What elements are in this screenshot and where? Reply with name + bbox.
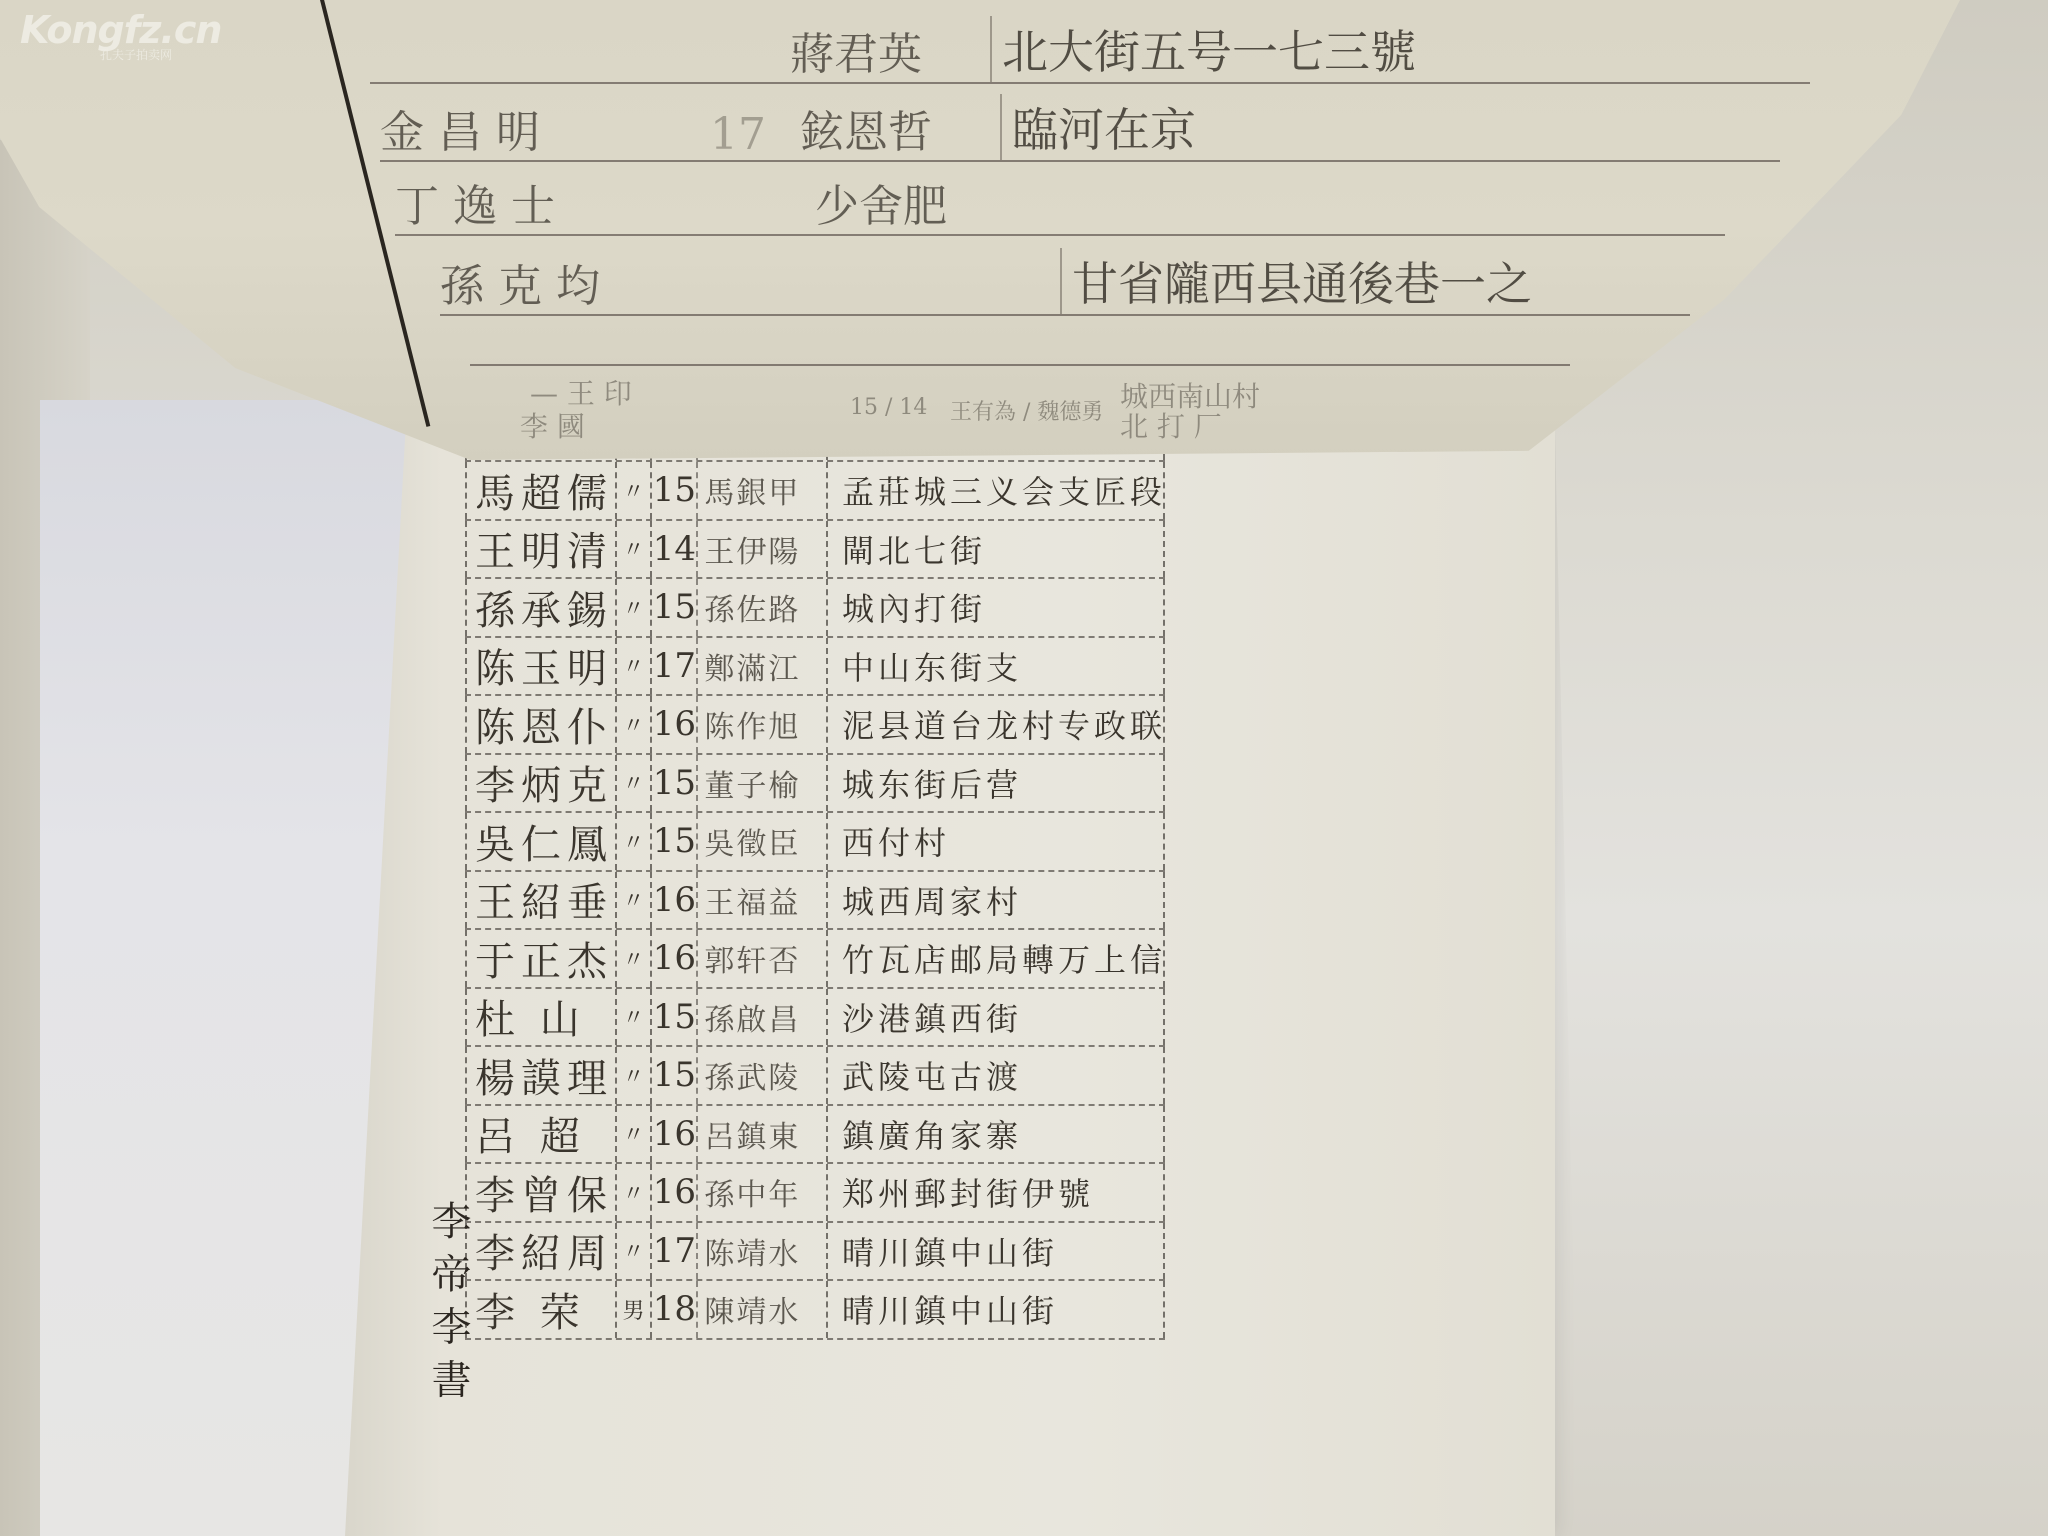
table-row: 于正杰〃16郭轩否竹瓦店邮局轉万上信 — [465, 930, 1165, 989]
parent-cell: 呂鎮東 — [696, 1106, 826, 1163]
name-cell: 李紹周 — [465, 1223, 615, 1280]
name-cell: 陈恩仆 — [465, 696, 615, 753]
table-row: 吳仁鳳〃15吳徵臣西付村 — [465, 813, 1165, 872]
name-cell: 吳仁鳳 — [465, 813, 615, 870]
top-row: 蔣君英 北大街五号一七三號 — [370, 10, 1810, 84]
sex-cell: 〃 — [615, 755, 651, 812]
sex-cell: 〃 — [615, 872, 651, 929]
parent-cell: 陈靖水 — [696, 1223, 826, 1280]
name-cell: 陈玉明 — [465, 638, 615, 695]
address-cell: 西付村 — [826, 813, 1165, 870]
age-cell: 17 — [650, 638, 696, 695]
address-cell: 中山东街支 — [826, 638, 1165, 695]
address-cell: 泥县道台龙村专政联队 — [826, 696, 1165, 753]
parent-cell: 孫啟昌 — [696, 989, 826, 1046]
sex-cell: 〃 — [615, 579, 651, 636]
name-cell: 呂 超 — [465, 1106, 615, 1163]
age-cell: 16 — [650, 872, 696, 929]
name-cell: 孫承錫 — [465, 579, 615, 636]
name-cell: 杜 山 — [465, 989, 615, 1046]
sex-cell: 〃 — [615, 1047, 651, 1104]
age-cell: 14 — [650, 521, 696, 578]
sex-cell: 〃 — [615, 1223, 651, 1280]
age-cell: 16 — [650, 696, 696, 753]
name-cell: 王紹垂 — [465, 872, 615, 929]
sex-cell: 〃 — [615, 521, 651, 578]
age-cell: 15 — [650, 813, 696, 870]
age-cell: 15 — [650, 989, 696, 1046]
parent-cell: 陈作旭 — [696, 696, 826, 753]
age-cell: 15 — [650, 579, 696, 636]
table-row: 李炳克〃15董子榆城东街后营 — [465, 755, 1165, 814]
age-cell: 16 — [650, 1164, 696, 1221]
margin-signature: 李 帝 李 書 — [440, 1200, 470, 1536]
sex-cell: 〃 — [615, 989, 651, 1046]
name-cell: 李曾保 — [465, 1164, 615, 1221]
table-row: 李曾保〃16孫中年郑州郵封街伊號 — [465, 1164, 1165, 1223]
table-row: 王明清〃14王伊陽閘北七街 — [465, 521, 1165, 580]
address-cell: 孟莊城三义会支匠段 — [826, 462, 1165, 519]
parent-cell: 郭轩否 — [696, 930, 826, 987]
age-cell: 18 — [650, 1281, 696, 1338]
parent-cell: 陳靖水 — [696, 1281, 826, 1338]
address-cell: 城內打街 — [826, 579, 1165, 636]
register-table: 王備學15張群太平村范振华〃17范陞校扫子丘馬超儒〃15馬銀甲孟莊城三义会支匠段… — [465, 345, 1165, 1340]
table-row: 王紹垂〃16王福益城西周家村 — [465, 872, 1165, 931]
watermark: Kongfz.cn 孔夫子拍卖网 — [20, 8, 221, 63]
age-cell: 16 — [650, 930, 696, 987]
parent-cell: 孫中年 — [696, 1164, 826, 1221]
age-cell: 15 — [650, 1047, 696, 1104]
parent-cell: 王福益 — [696, 872, 826, 929]
faint-text: 北 打 厂 — [1120, 405, 1222, 445]
age-cell: 15 — [650, 755, 696, 812]
sex-cell: 〃 — [615, 462, 651, 519]
name-cell: 李 荣 — [465, 1281, 615, 1338]
address-cell: 城东街后营 — [826, 755, 1165, 812]
table-row: 楊謨理〃15孫武陵武陵屯古渡 — [465, 1047, 1165, 1106]
table-row: 李紹周〃17陈靖水晴川鎮中山街 — [465, 1223, 1165, 1282]
address-cell: 晴川鎮中山街 — [826, 1281, 1165, 1338]
address-cell: 閘北七街 — [826, 521, 1165, 578]
sex-cell: 〃 — [615, 930, 651, 987]
address-cell: 郑州郵封街伊號 — [826, 1164, 1165, 1221]
sex-cell: 〃 — [615, 1164, 651, 1221]
top-row: 丁 逸 士 少舍肥 — [395, 160, 1725, 236]
name-cell: 李炳克 — [465, 755, 615, 812]
age-cell: 17 — [650, 1223, 696, 1280]
sex-cell: 〃 — [615, 696, 651, 753]
parent-cell: 吳徵臣 — [696, 813, 826, 870]
address-cell: 晴川鎮中山街 — [826, 1223, 1165, 1280]
parent-cell: 馬銀甲 — [696, 462, 826, 519]
top-row: 金 昌 明 17 鉉恩哲 臨河在京 — [380, 82, 1780, 162]
name-cell: 楊謨理 — [465, 1047, 615, 1104]
table-row: 陈玉明〃17鄭滿江中山东街支 — [465, 638, 1165, 697]
parent-cell: 董子榆 — [696, 755, 826, 812]
parent-cell: 鄭滿江 — [696, 638, 826, 695]
age-cell: 15 — [650, 462, 696, 519]
parent-cell: 孫佐路 — [696, 579, 826, 636]
faint-text: 15 / 14 — [850, 395, 927, 420]
table-row: 馬超儒〃15馬銀甲孟莊城三义会支匠段 — [465, 462, 1165, 521]
table-row: 李 荣男18陳靖水晴川鎮中山街 — [465, 1281, 1165, 1340]
address-cell: 武陵屯古渡 — [826, 1047, 1165, 1104]
name-cell: 馬超儒 — [465, 462, 615, 519]
table-row: 杜 山〃15孫啟昌沙港鎮西街 — [465, 989, 1165, 1048]
sex-cell: 〃 — [615, 1106, 651, 1163]
table-row: 孫承錫〃15孫佐路城內打街 — [465, 579, 1165, 638]
name-cell: 王明清 — [465, 521, 615, 578]
age-cell: 16 — [650, 1106, 696, 1163]
address-cell: 城西周家村 — [826, 872, 1165, 929]
sex-cell: 男 — [615, 1281, 651, 1338]
table-row: 呂 超〃16呂鎮東鎮廣角家寨 — [465, 1106, 1165, 1165]
address-cell: 鎮廣角家寨 — [826, 1106, 1165, 1163]
faint-text: 王有為 / 魏德勇 — [950, 395, 1103, 426]
address-cell: 沙港鎮西街 — [826, 989, 1165, 1046]
address-cell: 竹瓦店邮局轉万上信 — [826, 930, 1165, 987]
top-row: 孫 克 均 甘省隴西县通後巷一之 — [440, 234, 1690, 316]
faint-text: 李 國 — [520, 405, 585, 445]
table-row: 陈恩仆〃16陈作旭泥县道台龙村专政联队 — [465, 696, 1165, 755]
top-row — [470, 314, 1570, 366]
parent-cell: 孫武陵 — [696, 1047, 826, 1104]
sex-cell: 〃 — [615, 638, 651, 695]
name-cell: 于正杰 — [465, 930, 615, 987]
parent-cell: 王伊陽 — [696, 521, 826, 578]
sex-cell: 〃 — [615, 813, 651, 870]
